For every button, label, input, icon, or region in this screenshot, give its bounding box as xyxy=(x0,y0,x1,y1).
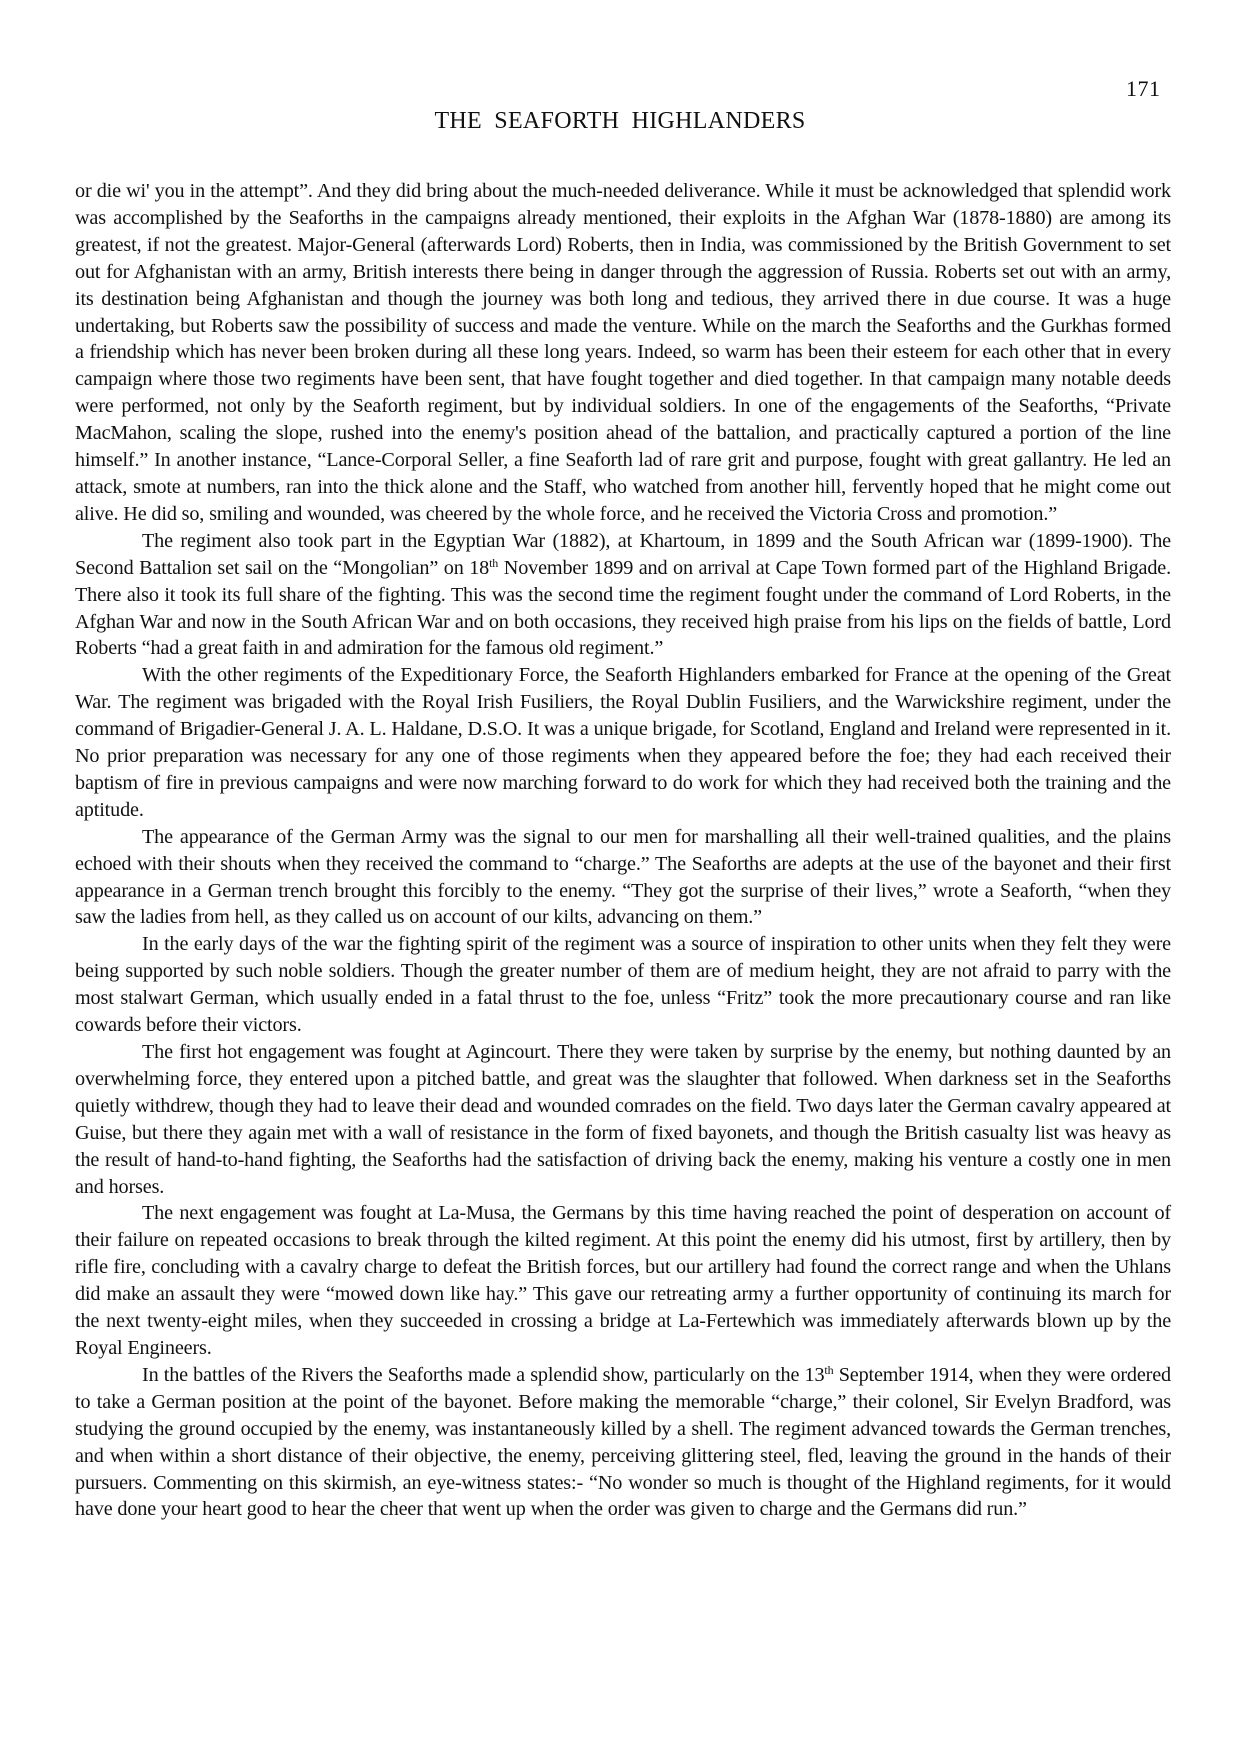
paragraph-early-days: In the early days of the war the fightin… xyxy=(75,931,1171,1039)
running-head-title: THE SEAFORTH HIGHLANDERS xyxy=(0,106,1240,136)
paragraph-german-army: The appearance of the German Army was th… xyxy=(75,824,1171,932)
paragraph-text: or die wi' you in the attempt”. And they… xyxy=(75,180,1171,525)
body-text: or die wi' you in the attempt”. And they… xyxy=(75,178,1171,1523)
ordinal-superscript: th xyxy=(489,556,498,570)
paragraph-text: In the early days of the war the fightin… xyxy=(75,933,1171,1036)
paragraph-text: In the battles of the Rivers the Seafort… xyxy=(142,1364,824,1386)
paragraph-expeditionary-force: With the other regiments of the Expediti… xyxy=(75,662,1171,823)
paragraph-afghan-war: or die wi' you in the attempt”. And they… xyxy=(75,178,1171,528)
paragraph-text: The first hot engagement was fought at A… xyxy=(75,1041,1171,1198)
page-number: 171 xyxy=(1126,76,1161,102)
paragraph-text: September 1914, when they were ordered t… xyxy=(75,1364,1171,1521)
paragraph-battles-of-rivers: In the battles of the Rivers the Seafort… xyxy=(75,1362,1171,1523)
paragraph-text: With the other regiments of the Expediti… xyxy=(75,664,1171,821)
paragraph-text: The next engagement was fought at La-Mus… xyxy=(75,1202,1171,1359)
paragraph-la-musa: The next engagement was fought at La-Mus… xyxy=(75,1200,1171,1361)
paragraph-agincourt: The first hot engagement was fought at A… xyxy=(75,1039,1171,1200)
paragraph-egyptian-south-african-war: The regiment also took part in the Egypt… xyxy=(75,528,1171,663)
paragraph-text: The appearance of the German Army was th… xyxy=(75,826,1171,929)
